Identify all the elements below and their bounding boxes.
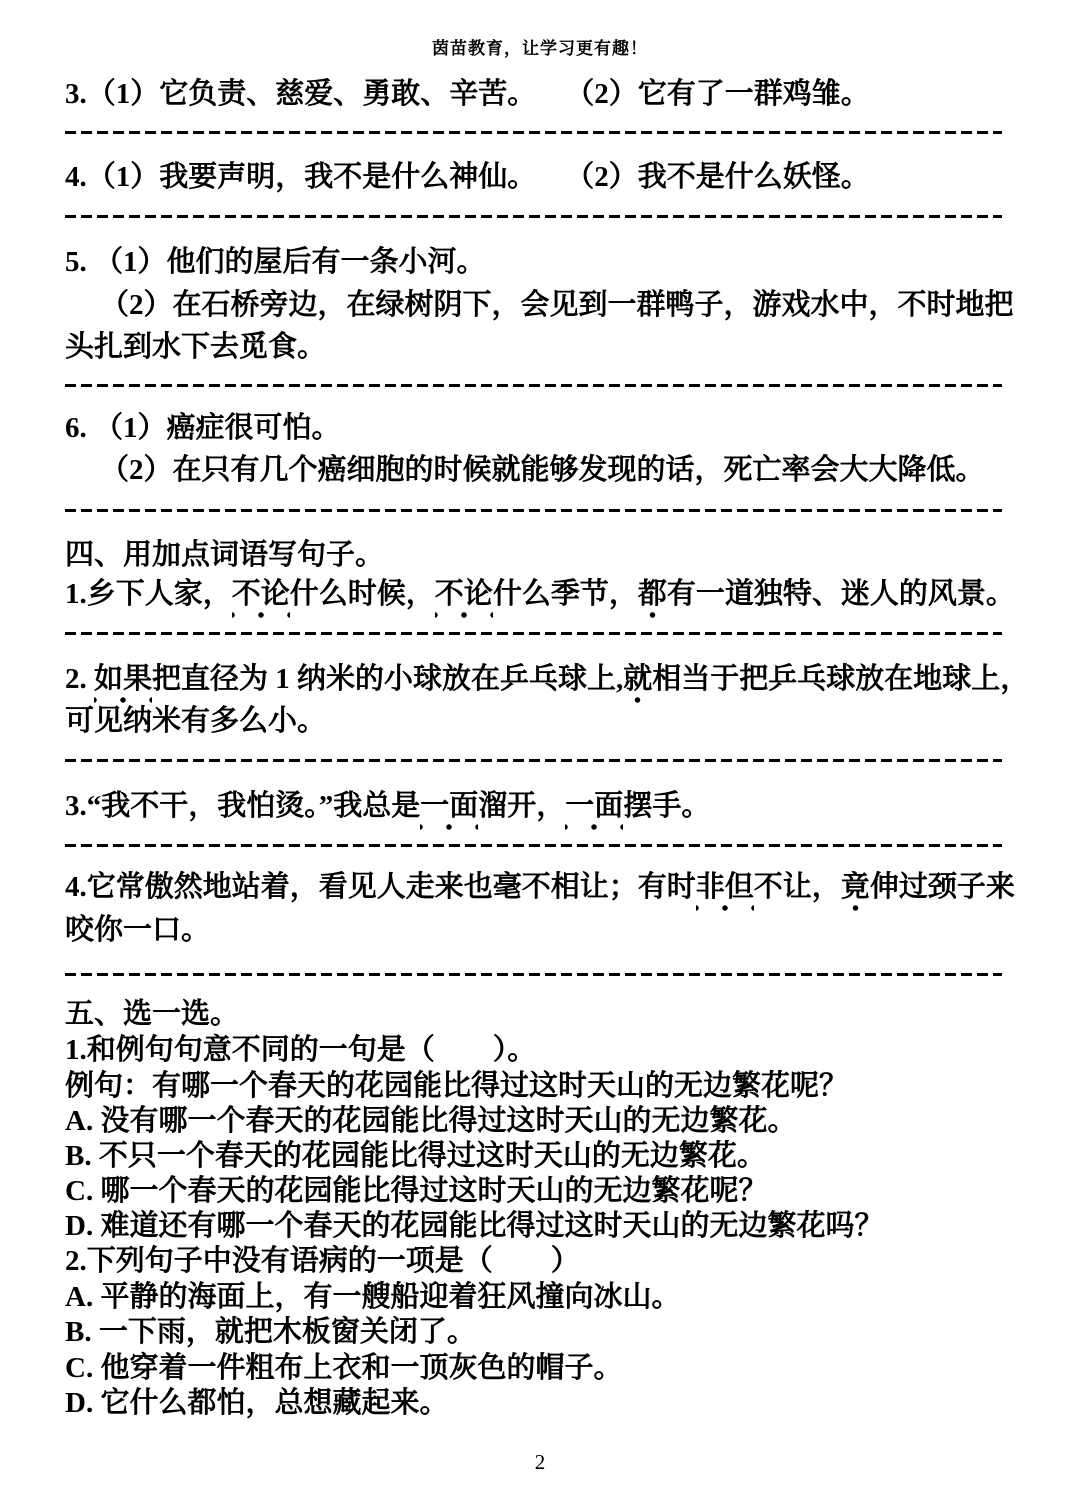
section5-q2-option-b: B. 一下雨，就把木板窗关闭了。 <box>65 1316 476 1349</box>
section4-blank-line-2 <box>65 759 1002 762</box>
section4-blank-line-3 <box>65 844 1002 847</box>
plain-text: 4.它常傲然地站着，看见人走来也毫不相让；有时 <box>65 871 696 903</box>
emphasis-dotted-text: 如果 <box>94 663 152 704</box>
plain-text: 2. <box>65 663 94 695</box>
answer-item-5-line-2: （2）在石桥旁边，在绿树阴下，会见到一群鸭子，游戏水中，不时地把 <box>100 289 1014 322</box>
emphasis-dotted-text: 都 <box>638 578 667 619</box>
plain-text: 伸过颈子来 <box>870 871 1015 903</box>
answer-blank-line-4 <box>65 509 1002 512</box>
section4-sentence-2-line-1: 2. 如果把直径为 1 纳米的小球放在乒乓球上,就相当于把乒乓球放在地球上， <box>65 663 1029 696</box>
answer-item-5-line-3: 头扎到水下去觅食。 <box>65 331 326 364</box>
answer-item-3: 3.（1）它负责、慈爱、勇敢、辛苦。 （2）它有了一群鸡雏。 <box>65 78 870 111</box>
section4-title: 四、用加点词语写句子。 <box>65 539 384 572</box>
emphasis-dotted-text: 不论 <box>435 578 493 619</box>
header-slogan: 茵苗教育，让学习更有趣！ <box>0 34 1080 59</box>
plain-text: 3.“我不干，我怕烫。”我总是 <box>65 790 420 822</box>
section5-question-1-example: 例句：有哪一个春天的花园能比得过这时天山的无边繁花呢？ <box>65 1070 848 1103</box>
section5-title: 五、选一选。 <box>65 998 239 1031</box>
plain-text: 咬你一口。 <box>65 914 210 946</box>
emphasis-dotted-text: 非但 <box>696 871 754 912</box>
section5-q1-option-d: D. 难道还有哪一个春天的花园能比得过这时天山的无边繁花吗？ <box>65 1210 883 1243</box>
plain-text: 不让， <box>754 871 841 903</box>
section5-q2-option-d: D. 它什么都怕，总想藏起来。 <box>65 1387 448 1420</box>
section5-question-1: 1.和例句句意不同的一句是（ ）。 <box>65 1034 536 1067</box>
plain-text: 1.乡下人家， <box>65 578 232 610</box>
emphasis-dotted-text: 一面 <box>420 790 478 831</box>
plain-text: 相当于把乒乓球放在地球上， <box>652 663 1029 695</box>
answer-blank-line-2 <box>65 215 1002 218</box>
section4-sentence-2-line-2: 可见纳米有多么小。 <box>65 705 326 738</box>
emphasis-dotted-text: 就 <box>623 663 652 704</box>
plain-text: 溜开， <box>478 790 565 822</box>
plain-text: 可见纳米有多么小。 <box>65 705 326 737</box>
answer-item-5-line-1: 5. （1）他们的屋后有一条小河。 <box>65 246 486 279</box>
plain-text: 有一道独特、迷人的风景。 <box>667 578 1015 610</box>
answer-item-4: 4.（1）我要声明，我不是什么神仙。 （2）我不是什么妖怪。 <box>65 161 870 194</box>
section5-q2-option-c: C. 他穿着一件粗布上衣和一顶灰色的帽子。 <box>65 1352 622 1385</box>
section5-q2-option-a: A. 平静的海面上，有一艘船迎着狂风撞向冰山。 <box>65 1281 680 1314</box>
emphasis-dotted-text: 一面 <box>565 790 623 831</box>
emphasis-dotted-text: 不论 <box>232 578 290 619</box>
section5-q1-option-b: B. 不只一个春天的花园能比得过这时天山的无边繁花。 <box>65 1140 766 1173</box>
worksheet-page: 茵苗教育，让学习更有趣！ 3.（1）它负责、慈爱、勇敢、辛苦。 （2）它有了一群… <box>0 0 1080 1501</box>
answer-blank-line-1 <box>65 131 1002 134</box>
section5-question-2: 2.下列句子中没有语病的一项是（ ） <box>65 1245 580 1278</box>
page-number: 2 <box>0 1450 1080 1475</box>
plain-text: 什么时候， <box>290 578 435 610</box>
section5-q1-option-c: C. 哪一个春天的花园能比得过这时天山的无边繁花呢？ <box>65 1175 767 1208</box>
plain-text: 什么季节， <box>493 578 638 610</box>
section4-blank-line-4 <box>65 973 1002 976</box>
section4-sentence-4-line-1: 4.它常傲然地站着，看见人走来也毫不相让；有时非但不让，竟伸过颈子来 <box>65 871 1015 904</box>
section4-sentence-1: 1.乡下人家，不论什么时候，不论什么季节，都有一道独特、迷人的风景。 <box>65 578 1015 611</box>
plain-text: 把直径为 1 纳米的小球放在乒乓球上, <box>152 663 623 695</box>
section4-sentence-4-line-2: 咬你一口。 <box>65 914 210 947</box>
emphasis-dotted-text: 竟 <box>841 871 870 912</box>
section4-sentence-3: 3.“我不干，我怕烫。”我总是一面溜开，一面摆手。 <box>65 790 710 823</box>
plain-text: 摆手。 <box>623 790 710 822</box>
answer-item-6-line-1: 6. （1）癌症很可怕。 <box>65 412 341 445</box>
answer-blank-line-3 <box>65 384 1002 387</box>
section4-blank-line-1 <box>65 632 1002 635</box>
section5-q1-option-a: A. 没有哪一个春天的花园能比得过这时天山的无边繁花。 <box>65 1105 796 1138</box>
answer-item-6-line-2: （2）在只有几个癌细胞的时候就能够发现的话，死亡率会大大降低。 <box>100 454 985 487</box>
